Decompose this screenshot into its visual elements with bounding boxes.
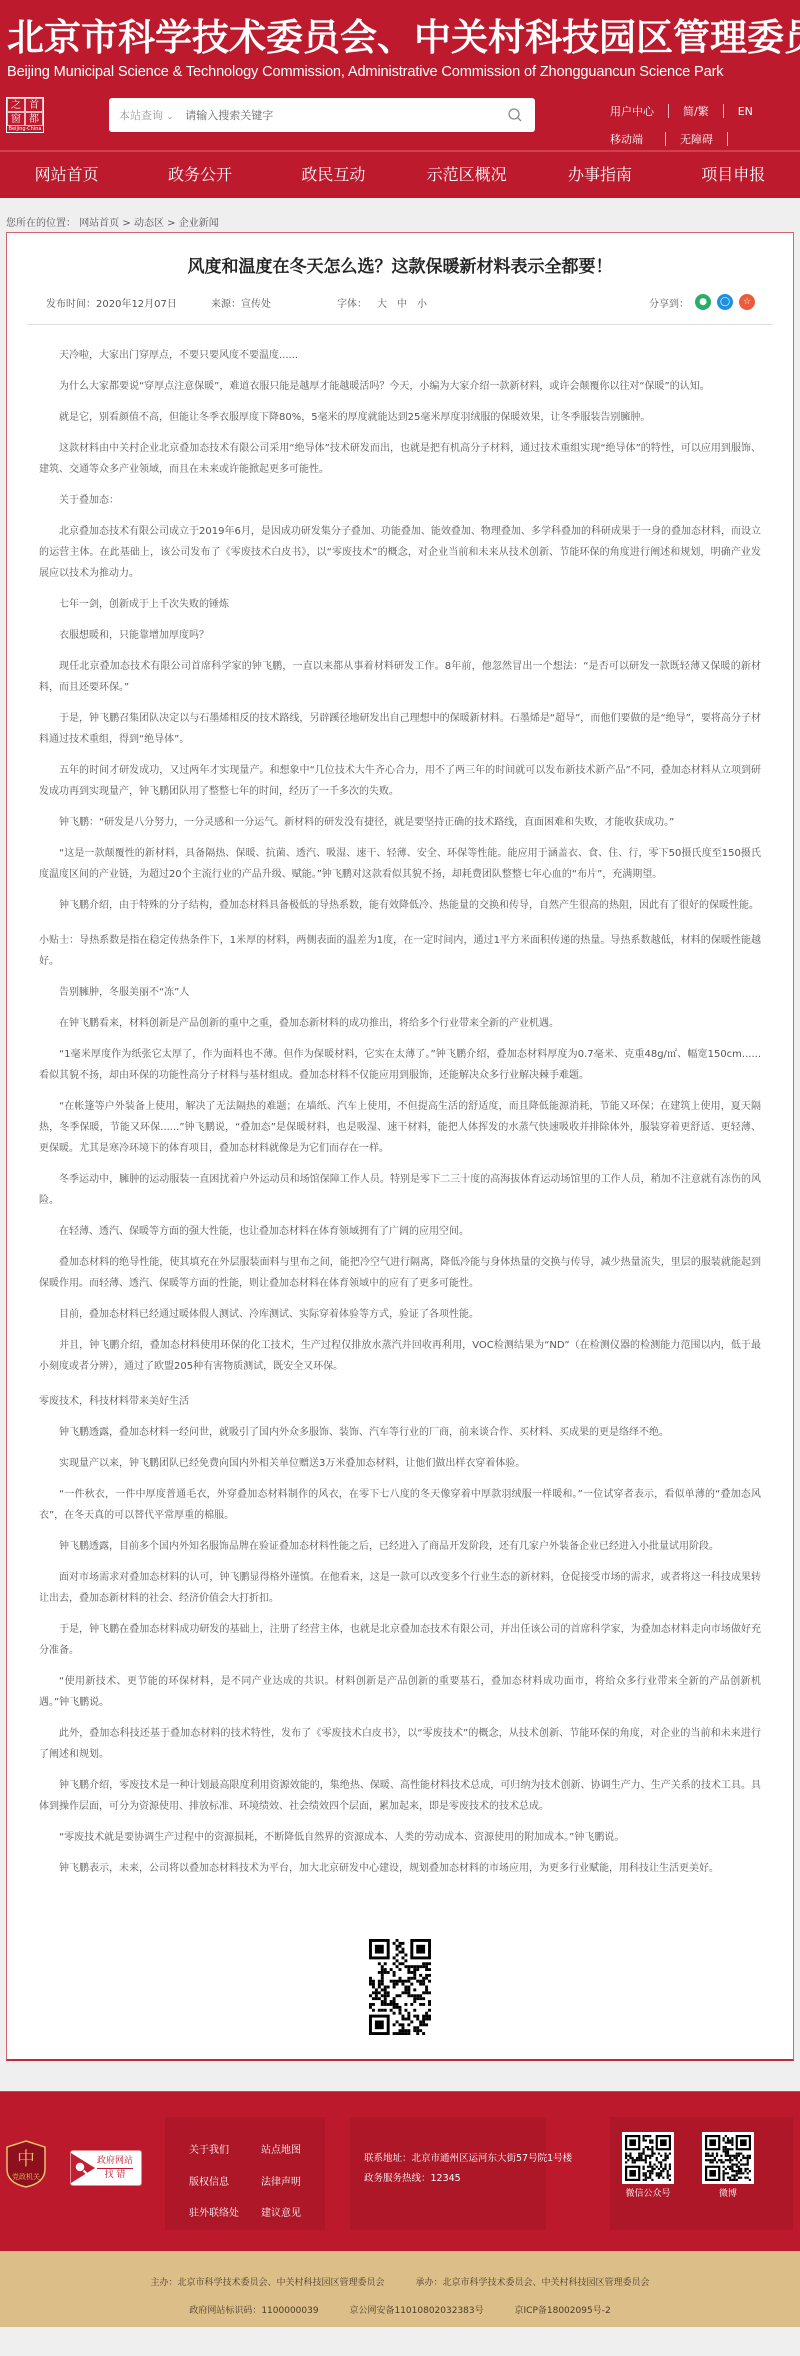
share-bar: 分享到： ● ◯ ☆ xyxy=(649,294,773,310)
footer-link-sitemap[interactable]: 站点地图 xyxy=(261,2141,333,2167)
site-header: 北京市科学技术委员会、中关村科技园区管理委员会 Beijing Municipa… xyxy=(0,0,800,172)
article-source: 来源：宣传处 xyxy=(211,295,337,310)
search-icon xyxy=(507,107,523,123)
breadcrumb: 您所在的位置： 网站首页 > 动态区 > 企业新闻 xyxy=(0,198,800,226)
service-hotline: 政务服务热线：12345 xyxy=(364,2169,546,2189)
capital-window-logo[interactable]: 之 首 窗 都 Beijing·China xyxy=(6,97,44,133)
main-nav: 网站首页 政务公开 政民互动 示范区概况 办事指南 项目申报 xyxy=(0,150,800,198)
logo-en-text: Beijing·China xyxy=(7,126,43,132)
logo-char: 首 xyxy=(25,98,43,112)
article-paragraph: 钟飞鹏透露，目前多个国内外知名服饰品牌在验证叠加态材料性能之后，已经进入了商品开… xyxy=(27,1536,773,1557)
article-paragraph: 实现量产以来，钟飞鹏团队已经免费向国内外相关单位赠送3万米叠加态材料，让他们做出… xyxy=(27,1453,773,1474)
svg-text:中: 中 xyxy=(17,2149,35,2170)
gov-website-error-report[interactable]: 政府网站 找 错 xyxy=(70,2150,142,2186)
article-paragraph: 钟飞鹏透露，叠加态材料一经问世，就吸引了国内外众多服饰、装饰、汽车等行业的厂商，… xyxy=(27,1422,773,1443)
publish-time: 发布时间：2020年12月07日 xyxy=(46,295,211,310)
article-paragraph: 告别臃肿，冬服美丽不“冻”人 xyxy=(27,982,773,1003)
article-paragraph: 钟飞鹏介绍，零废技术是一种计划最高限度利用资源效能的，集绝热、保暖、高性能材料技… xyxy=(27,1775,773,1817)
english-link[interactable]: EN xyxy=(738,105,753,118)
chevron-down-icon: ⌄ xyxy=(167,112,174,121)
article-paragraph: 为什么大家都要说“穿厚点注意保暖”，难道衣服只能是越厚才能越暖活吗？今天，小编为… xyxy=(27,376,773,397)
qr-code-icon xyxy=(705,2135,751,2181)
site-code: 政府网站标识码：1100000039 xyxy=(189,2306,318,2316)
breadcrumb-dynamic-zone[interactable]: 动态区 xyxy=(134,218,164,229)
find-error-label: 找 错 xyxy=(97,2168,133,2182)
article-paragraph: 此外，叠加态科技还基于叠加态材料的技术特性，发布了《零废技术白皮书》，以“零废技… xyxy=(27,1723,773,1765)
article-paragraph: 钟飞鹏：“研发是八分努力，一分灵感和一分运气。新材料的研发没有捷径，就是要坚持正… xyxy=(27,812,773,833)
logo-char: 都 xyxy=(25,112,43,126)
footer-link-legal[interactable]: 法律声明 xyxy=(261,2173,333,2199)
divider xyxy=(668,104,669,118)
article-body: 天冷啦，大家出门穿厚点，不要只要风度不要温度......为什么大家都要说“穿厚点… xyxy=(27,345,773,1879)
footer-contact: 联系地址：北京市通州区运河东大街57号院1号楼 政务服务热线：12345 xyxy=(350,2117,546,2230)
site-title-en: Beijing Municipal Science & Technology C… xyxy=(7,64,723,80)
user-center-link[interactable]: 用户中心 xyxy=(610,103,654,119)
footer-link-about[interactable]: 关于我们 xyxy=(189,2141,261,2167)
divider xyxy=(727,132,728,146)
article-paragraph: 钟飞鹏介绍，由于特殊的分子结构，叠加态材料具备极低的导热系数，能有效降低冷、热能… xyxy=(27,895,773,916)
search-button[interactable] xyxy=(495,98,535,132)
sponsor: 主办：北京市科学技术委员会、中关村科技园区管理委员会 xyxy=(151,2278,385,2288)
search-scope-dropdown[interactable]: 本站查询 ⌄ xyxy=(109,107,185,123)
font-size-label: 字体： xyxy=(337,295,367,310)
qr-code-icon xyxy=(369,1939,431,2035)
weibo-qr[interactable]: 微博 xyxy=(702,2132,754,2230)
article-paragraph: 衣服想暖和，只能靠增加厚度吗？ xyxy=(27,625,773,646)
article-paragraph: 叠加态材料的绝导性能，使其填充在外层服装面料与里布之间，能把冷空气进行隔离，降低… xyxy=(27,1252,773,1294)
site-footer: 中 党政机关 政府网站 找 错 关于我们 站点地图 版权信息 法律声明 驻外联络… xyxy=(0,2091,800,2251)
qr-code-icon xyxy=(625,2135,671,2181)
nav-service-guide[interactable]: 办事指南 xyxy=(533,152,666,198)
nav-interaction[interactable]: 政民互动 xyxy=(267,152,400,198)
top-links: 用户中心 简/繁 EN 移动端 无障碍 xyxy=(610,97,753,153)
article-paragraph: 目前，叠加态材料已经通过暖体假人测试、冷库测试、实际穿着体验等方式，验证了各项性… xyxy=(27,1304,773,1325)
wechat-qr-label: 微信公众号 xyxy=(622,2186,674,2199)
article-paragraph: “在帐篷等户外装备上使用，解决了无法隔热的难题；在墙纸、汽车上使用，不但提高生活… xyxy=(27,1096,773,1159)
article-paragraph: 北京叠加态技术有限公司成立于2019年6月，是因成功研发集分子叠加、功能叠加、能… xyxy=(27,521,773,584)
nav-zone-overview[interactable]: 示范区概况 xyxy=(400,152,533,198)
article-paragraph: 现任北京叠加态技术有限公司首席科学家的钟飞鹏，一直以来都从事着材料研发工作。8年… xyxy=(27,656,773,698)
article: 风度和温度在冬天怎么选？这款保暖新材料表示全都要！ 发布时间：2020年12月0… xyxy=(6,232,794,2061)
article-paragraph: 面对市场需求对叠加态材料的认可，钟飞鹏显得格外谨慎。在他看来，这是一款可以改变多… xyxy=(27,1567,773,1609)
search-input[interactable] xyxy=(185,109,495,122)
bottom-info: 主办：北京市科学技术委员会、中关村科技园区管理委员会 承办：北京市科学技术委员会… xyxy=(0,2251,800,2327)
organizer: 承办：北京市科学技术委员会、中关村科技园区管理委员会 xyxy=(415,2278,649,2288)
logo-char: 窗 xyxy=(7,112,25,126)
font-small-button[interactable]: 小 xyxy=(417,295,427,310)
wechat-qr[interactable]: 微信公众号 xyxy=(622,2132,674,2230)
search-box: 本站查询 ⌄ xyxy=(109,98,535,132)
breadcrumb-home[interactable]: 网站首页 xyxy=(79,218,119,229)
accessibility-link[interactable]: 无障碍 xyxy=(680,131,713,147)
font-size-controls: 字体： 大 中 小 xyxy=(337,295,427,310)
weibo-qr-label: 微博 xyxy=(702,2186,754,2199)
contact-address: 联系地址：北京市通州区运河东大街57号院1号楼 xyxy=(364,2149,546,2169)
font-large-button[interactable]: 大 xyxy=(377,295,387,310)
svg-text:党政机关: 党政机关 xyxy=(12,2172,40,2181)
icp-record[interactable]: 京ICP备18002095号-2 xyxy=(515,2306,611,2316)
nav-home[interactable]: 网站首页 xyxy=(0,152,133,198)
footer-link-suggestions[interactable]: 建议意见 xyxy=(261,2204,333,2230)
article-paragraph: “零废技术就是要协调生产过程中的资源损耗，不断降低自然界的资源成本、人类的劳动成… xyxy=(27,1827,773,1848)
article-paragraph: 在钟飞鹏看来，材料创新是产品创新的重中之重，叠加态新材料的成功推出，将给多个行业… xyxy=(27,1013,773,1034)
wechat-icon[interactable]: ● xyxy=(695,294,711,310)
article-paragraph: 零废技术，科技材料带来美好生活 xyxy=(27,1391,773,1412)
font-medium-button[interactable]: 中 xyxy=(397,295,407,310)
article-paragraph: 于是，钟飞鹏在叠加态材料成功研发的基础上，注册了经营主体，也就是北京叠加态技术有… xyxy=(27,1619,773,1661)
share-label: 分享到： xyxy=(649,295,689,310)
footer-link-copyright[interactable]: 版权信息 xyxy=(189,2173,261,2199)
article-meta: 发布时间：2020年12月07日 来源：宣传处 字体： 大 中 小 分享到： ●… xyxy=(27,289,773,315)
weibo-icon[interactable]: ◯ xyxy=(717,294,733,310)
breadcrumb-enterprise-news[interactable]: 企业新闻 xyxy=(179,218,219,229)
divider xyxy=(27,324,773,325)
gov-website-label: 政府网站 xyxy=(97,2155,133,2168)
divider xyxy=(723,104,724,118)
footer-qr-codes: 微信公众号 微博 xyxy=(610,2117,793,2230)
magnifier-icon xyxy=(71,2153,95,2183)
article-paragraph: 小贴士：导热系数是指在稳定传热条件下，1米厚的材料，两侧表面的温差为1度，在一定… xyxy=(27,930,773,972)
article-paragraph: 在轻薄、透汽、保暖等方面的强大性能，也让叠加态材料在体育领域拥有了广阔的应用空间… xyxy=(27,1221,773,1242)
breadcrumb-separator: > xyxy=(167,218,175,229)
article-paragraph: 天冷啦，大家出门穿厚点，不要只要风度不要温度...... xyxy=(27,345,773,366)
search-scope-label: 本站查询 xyxy=(119,109,163,122)
site-title-cn: 北京市科学技术委员会、中关村科技园区管理委员会 xyxy=(7,13,800,63)
article-paragraph: “1毫米厚度作为纸张它太厚了，作为面料也不薄。但作为保暖材料，它实在太薄了。”钟… xyxy=(27,1044,773,1086)
article-paragraph: 于是，钟飞鹏召集团队决定以与石墨烯相反的技术路线，另辟蹊径地研发出自己理想中的保… xyxy=(27,708,773,750)
article-paragraph: 钟飞鹏表示，未来，公司将以叠加态材料技术为平台，加大北京研发中心建设，规划叠加态… xyxy=(27,1858,773,1879)
breadcrumb-separator: > xyxy=(122,218,130,229)
divider xyxy=(665,132,666,146)
shield-icon: 中 党政机关 xyxy=(5,2139,47,2189)
logo-char: 之 xyxy=(7,98,25,112)
article-title: 风度和温度在冬天怎么选？这款保暖新材料表示全都要！ xyxy=(27,233,773,289)
article-paragraph: 关于叠加态： xyxy=(27,490,773,511)
article-paragraph: “使用新技术、更节能的环保材料，是不同产业达成的共识。材料创新是产品创新的重要基… xyxy=(27,1671,773,1713)
article-paragraph: 就是它，别看颜值不高，但能让冬季衣服厚度下降80%，5毫米的厚度就能达到25毫米… xyxy=(27,407,773,428)
article-paragraph: 并且，钟飞鹏介绍，叠加态材料使用环保的化工技术，生产过程仅排放水蒸汽并回收再利用… xyxy=(27,1335,773,1377)
footer-links: 关于我们 站点地图 版权信息 法律声明 驻外联络处 建议意见 xyxy=(165,2117,325,2230)
mobile-link[interactable]: 移动端 xyxy=(610,131,643,147)
simplified-traditional-link[interactable]: 简/繁 xyxy=(683,103,709,119)
article-paragraph: 五年的时间才研发成功，又过两年才实现量产。和想象中“几位技术大牛齐心合力，用不了… xyxy=(27,760,773,802)
article-paragraph: “一件秋衣，一件中厚度普通毛衣，外穿叠加态材料制作的风衣，在零下七八度的冬天像穿… xyxy=(27,1484,773,1526)
article-paragraph: “这是一款颠覆性的新材料，具备隔热、保暖、抗菌、透汽、吸湿、速干、轻薄、安全、环… xyxy=(27,843,773,885)
party-government-badge[interactable]: 中 党政机关 xyxy=(5,2139,47,2189)
breadcrumb-label: 您所在的位置： xyxy=(6,218,76,229)
police-record[interactable]: 京公网安备11010802032383号 xyxy=(349,2306,483,2316)
footer-link-liaison[interactable]: 驻外联络处 xyxy=(189,2204,261,2230)
article-paragraph: 冬季运动中，臃肿的运动服装一直困扰着户外运动员和场馆保障工作人员。特别是零下二三… xyxy=(27,1169,773,1211)
article-paragraph: 七年一剑，创新成于上千次失败的锤炼 xyxy=(27,594,773,615)
article-paragraph: 这款材料由中关村企业北京叠加态技术有限公司采用“绝导体”技术研发而出，也就是把有… xyxy=(27,438,773,480)
favorite-icon[interactable]: ☆ xyxy=(739,294,755,310)
nav-government-affairs[interactable]: 政务公开 xyxy=(133,152,266,198)
nav-project-application[interactable]: 项目申报 xyxy=(667,152,800,198)
